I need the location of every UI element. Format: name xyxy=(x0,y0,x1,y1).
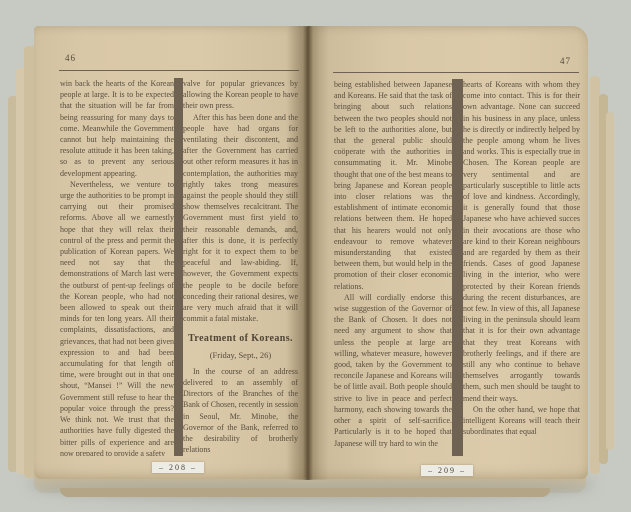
section-heading: Treatment of Koreans. xyxy=(183,333,298,344)
scan-background: 46 win back the hearts of the Korean peo… xyxy=(0,0,631,512)
paragraph: On the other hand, we hope that intellig… xyxy=(463,404,580,438)
header-rule xyxy=(59,70,299,71)
paragraph: Nevertheless, we venture to urge the aut… xyxy=(60,179,174,456)
paragraph: being established between Japanese and K… xyxy=(334,79,452,292)
paragraph: After this has been done and the people … xyxy=(183,112,298,325)
page-46-column-2: valve for popular grievances by allowing… xyxy=(183,78,298,456)
column-divider xyxy=(174,78,183,456)
paragraph: win back the hearts of the Korean people… xyxy=(60,78,174,179)
page-edge-bottom xyxy=(60,488,550,497)
column-divider xyxy=(452,79,463,456)
paragraph: valve for popular grievances by allowing… xyxy=(183,78,298,112)
folio-label: – 209 – xyxy=(421,465,473,476)
page-47-column-1: being established between Japanese and K… xyxy=(334,79,452,456)
dateline: (Friday, Sept., 26) xyxy=(183,350,298,361)
header-rule xyxy=(333,72,579,73)
paragraph: In the course of an address delivered to… xyxy=(183,366,298,456)
page-number: 46 xyxy=(65,53,76,63)
page-47-column-2: hearts of Koreans with whom they come in… xyxy=(463,79,580,456)
paragraph: All will cordially endorse this wise sug… xyxy=(334,292,452,449)
page-46-column-1: win back the hearts of the Korean people… xyxy=(60,78,174,456)
page-edge-right xyxy=(606,112,614,450)
page-46: 46 win back the hearts of the Korean peo… xyxy=(34,26,306,479)
paragraph: hearts of Koreans with whom they come in… xyxy=(463,79,580,404)
page-47-columns: being established between Japanese and K… xyxy=(334,79,580,456)
page-46-columns: win back the hearts of the Korean people… xyxy=(60,78,298,456)
page-number: 47 xyxy=(560,56,571,66)
folio-label: – 208 – xyxy=(152,462,204,473)
page-47: 47 being established between Japanese an… xyxy=(306,26,588,479)
